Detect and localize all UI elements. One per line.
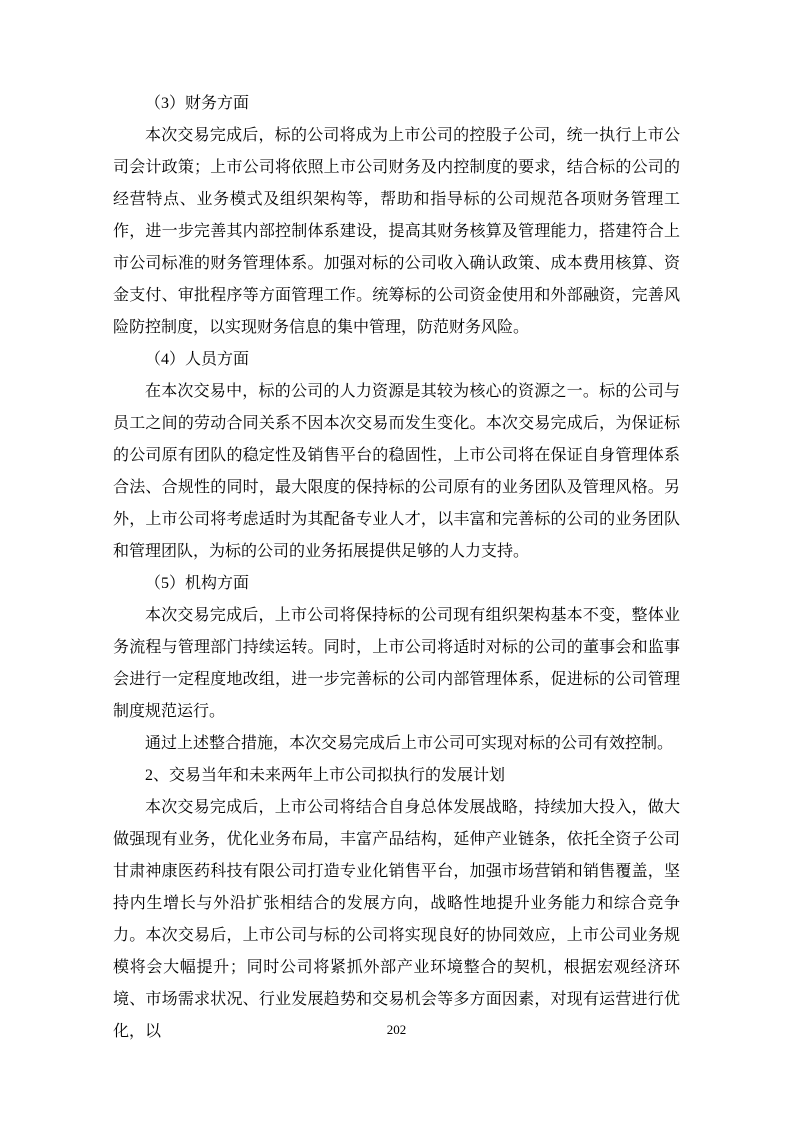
- section-heading: 2、交易当年和未来两年上市公司拟执行的发展计划: [113, 760, 680, 792]
- paragraph: 通过上述整合措施，本次交易完成后上市公司可实现对标的公司有效控制。: [113, 728, 680, 760]
- paragraph: 本次交易完成后，上市公司将结合自身总体发展战略，持续加大投入，做大做强现有业务，…: [113, 792, 680, 1048]
- paragraph: 在本次交易中，标的公司的人力资源是其较为核心的资源之一。标的公司与员工之间的劳动…: [113, 376, 680, 568]
- section-subheading: （4）人员方面: [113, 344, 680, 376]
- paragraph: 本次交易完成后，标的公司将成为上市公司的控股子公司，统一执行上市公司会计政策；上…: [113, 120, 680, 344]
- paragraph: 本次交易完成后，上市公司将保持标的公司现有组织架构基本不变，整体业务流程与管理部…: [113, 600, 680, 728]
- section-subheading: （3）财务方面: [113, 88, 680, 120]
- document-page: （3）财务方面本次交易完成后，标的公司将成为上市公司的控股子公司，统一执行上市公…: [0, 0, 793, 1122]
- page-number: 202: [0, 1022, 793, 1038]
- page-content: （3）财务方面本次交易完成后，标的公司将成为上市公司的控股子公司，统一执行上市公…: [113, 88, 680, 1048]
- section-subheading: （5）机构方面: [113, 568, 680, 600]
